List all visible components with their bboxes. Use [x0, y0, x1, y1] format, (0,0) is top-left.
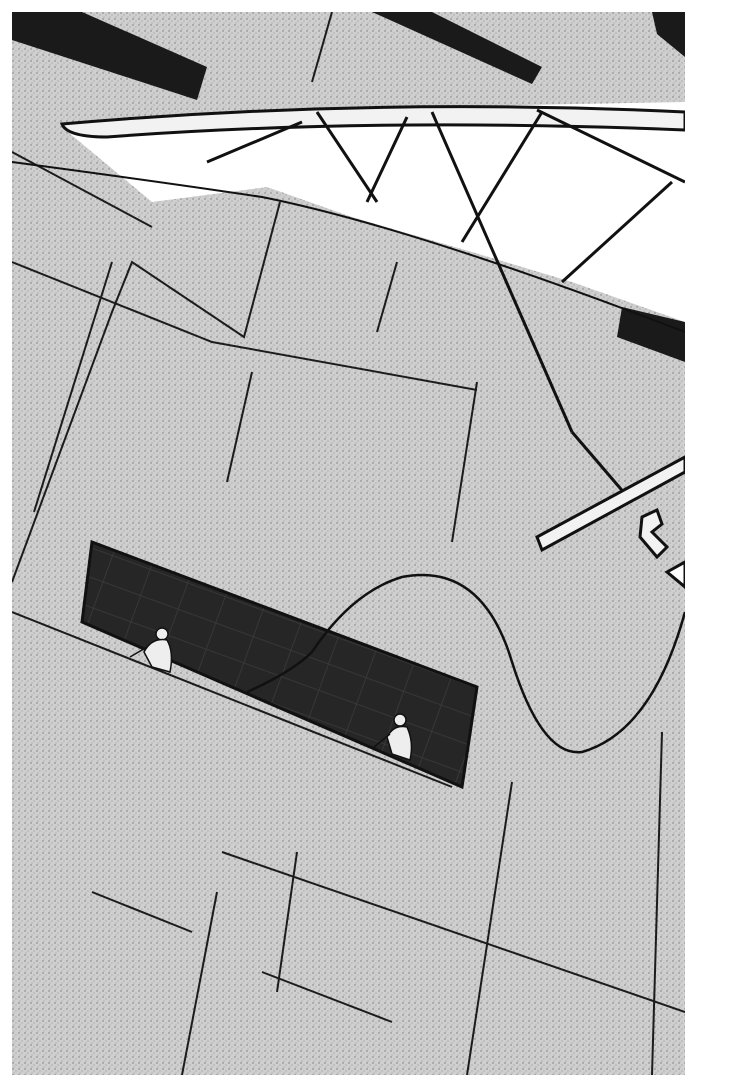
manga-panel	[12, 12, 685, 1075]
illustration	[12, 12, 685, 1075]
